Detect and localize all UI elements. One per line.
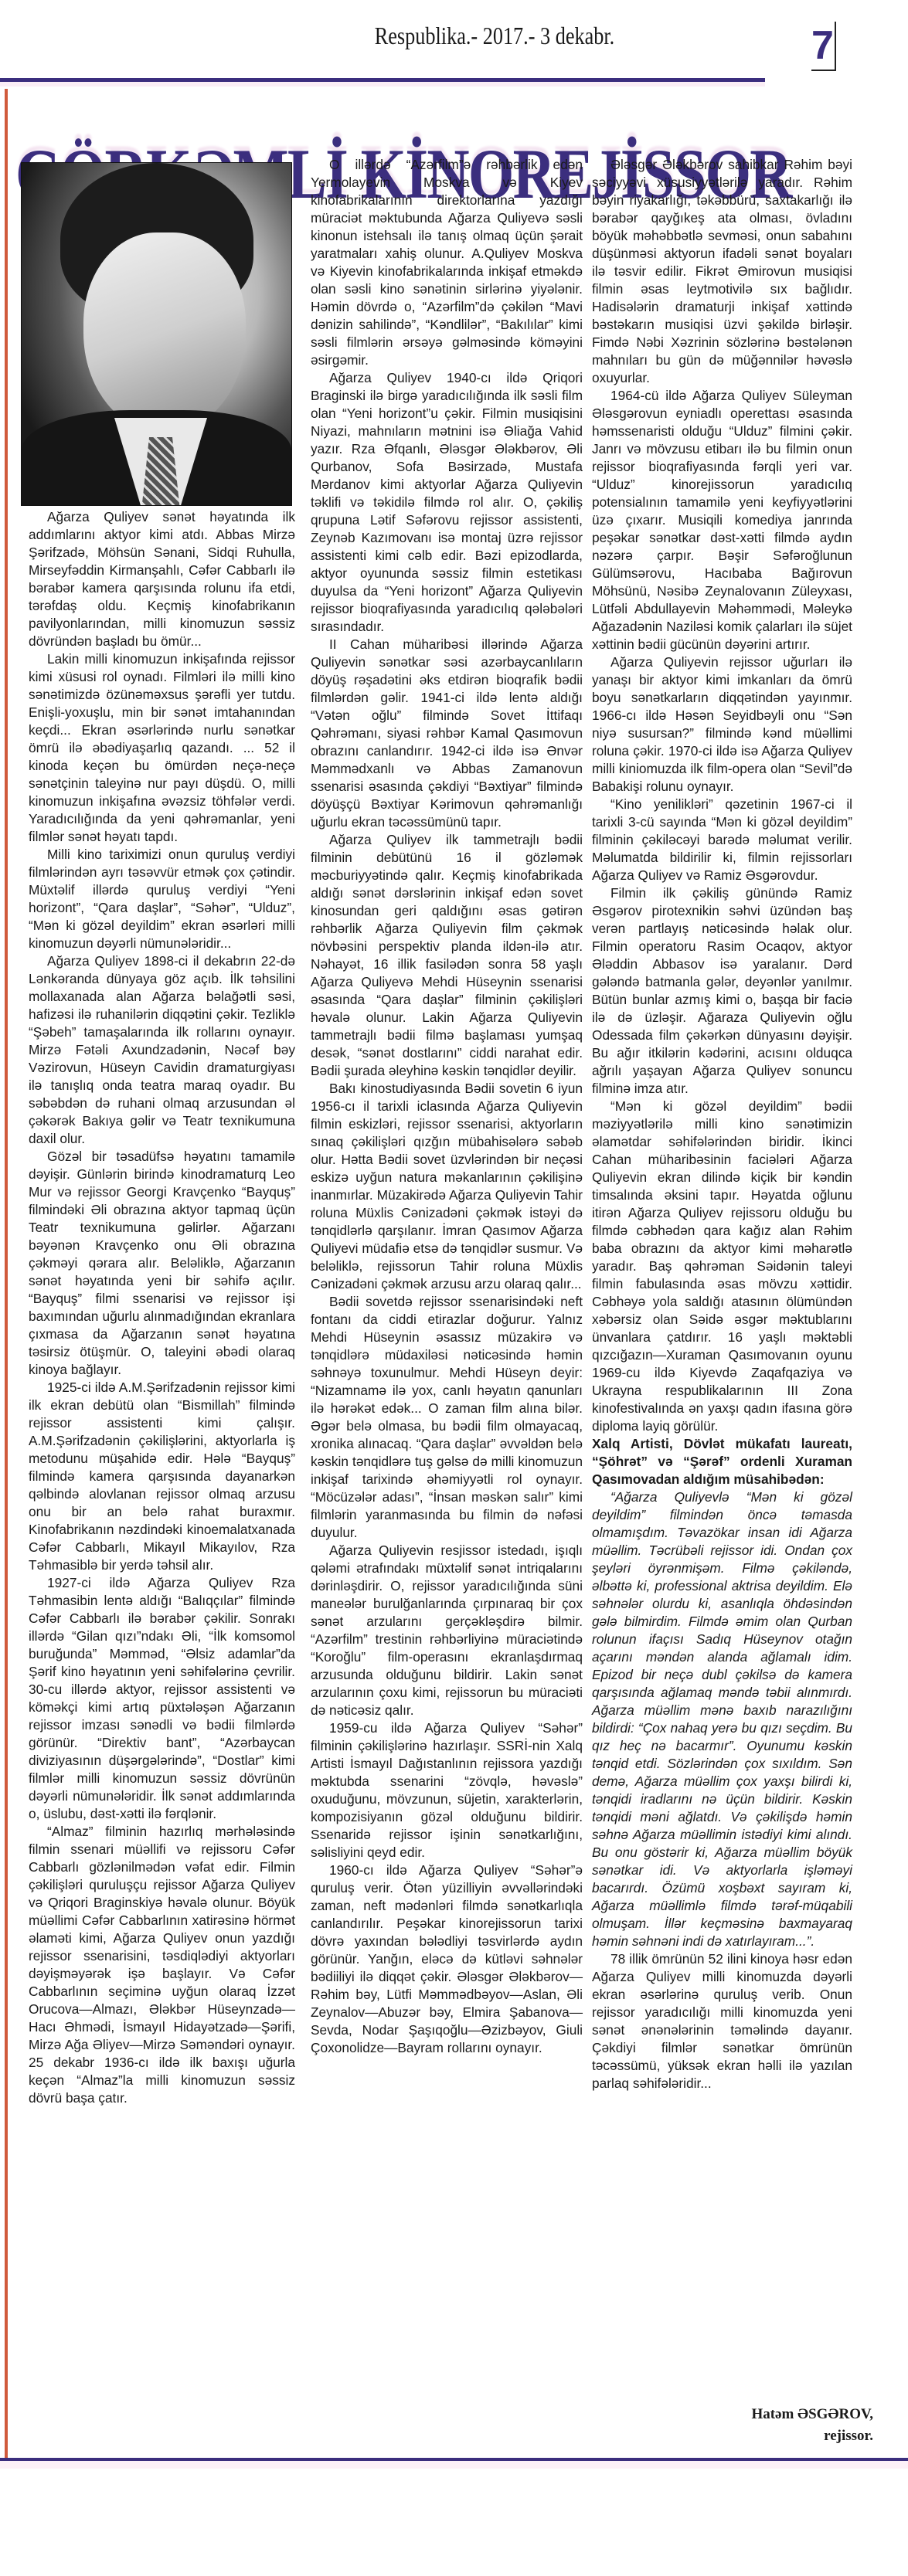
photo-face-shape <box>83 232 246 433</box>
paragraph: Gözəl bir təsadüfsə həyatını tamamilə də… <box>29 1148 295 1379</box>
paragraph: Lakin milli kinomuzun inkişafında rejiss… <box>29 650 295 846</box>
paragraph: Ələsgər Ələkbərov sahibkar Rəhim bəyi sə… <box>592 156 852 387</box>
paragraph: II Cahan müharibəsi illərində Ağarza Qul… <box>311 636 583 831</box>
closing-paragraph: 78 illik ömrünün 52 ilini kinoya həsr ed… <box>592 1950 852 2092</box>
article-column-2: O illərdə “Azərfilm”ə rəhbərlik edən Yer… <box>311 156 583 2057</box>
author-name: Hatəm ƏSGƏROV, <box>695 2404 873 2425</box>
paragraph: “Almaz” filminin hazırlıq mərhələsində f… <box>29 1823 295 2107</box>
paragraph: O illərdə “Azərfilm”ə rəhbərlik edən Yer… <box>311 156 583 369</box>
paragraph: Ağarza Quliyev 1940-cı ildə Qriqori Brag… <box>311 369 583 636</box>
paragraph: Ağarza Quliyev sənət həyatında ilk addım… <box>29 508 295 650</box>
bottom-rule-shadow <box>0 2461 908 2469</box>
paragraph: 1964-cü ildə Ağarza Quliyev Süleyman Ələ… <box>592 387 852 653</box>
author-signature: Hatəm ƏSGƏROV, rejissor. <box>695 2404 873 2447</box>
left-margin-rail <box>5 89 8 2460</box>
paragraph: 1927-ci ildə Ağarza Quliyev Rza Təhmasib… <box>29 1574 295 1823</box>
paragraph: 1925-ci ildə A.M.Şərifzadənin rejissor k… <box>29 1379 295 1574</box>
paragraph: Filmin ilk çəkiliş günündə Ramiz Əsgərov… <box>592 884 852 1098</box>
paragraph: Ağarza Quliyev 1898-ci il dekabrın 22-də… <box>29 952 295 1148</box>
paragraph: Ağarza Quliyevin rejissor uğurları ilə y… <box>592 653 852 796</box>
article-column-1: Ağarza Quliyev sənət həyatında ilk addım… <box>29 508 295 2107</box>
paragraph: Milli kino tariximizi onun quruluş verdi… <box>29 846 295 952</box>
top-rule-shadow <box>0 82 765 87</box>
portrait-photo <box>21 162 292 506</box>
paragraph: Ağarza Quliyevin resjissor istedadı, işı… <box>311 1542 583 1719</box>
paragraph: Bədii sovetdə rejissor ssenarisindəki ne… <box>311 1293 583 1542</box>
author-role: rejissor. <box>695 2425 873 2447</box>
paragraph: 1959-cu ildə Ağarza Quliyev “Səhər” film… <box>311 1719 583 1862</box>
interview-intro: Xalq Artisti, Dövlət mükafatı laureatı, … <box>592 1435 852 1488</box>
paragraph: Bakı kinostudiyasında Bədii sovetin 6 iy… <box>311 1080 583 1293</box>
article-column-3: Ələsgər Ələkbərov sahibkar Rəhim bəyi sə… <box>592 156 852 2092</box>
paragraph: “Kino yenilikləri” qəzetinin 1967-ci il … <box>592 796 852 884</box>
paragraph: “Mən ki gözəl deyildim” bədii məziyyətlə… <box>592 1098 852 1435</box>
page-number: 7 <box>811 22 836 71</box>
masthead: Respublika.- 2017.- 3 dekabr. <box>342 22 647 50</box>
paragraph: Ağarza Quliyev ilk tammetrajlı bədii fil… <box>311 831 583 1080</box>
interview-quote: “Ağarza Quliyevlə “Mən ki gözəl deyildim… <box>592 1488 852 1950</box>
paragraph: 1960-cı ildə Ağarza Quliyev “Səhər”ə qur… <box>311 1862 583 2057</box>
